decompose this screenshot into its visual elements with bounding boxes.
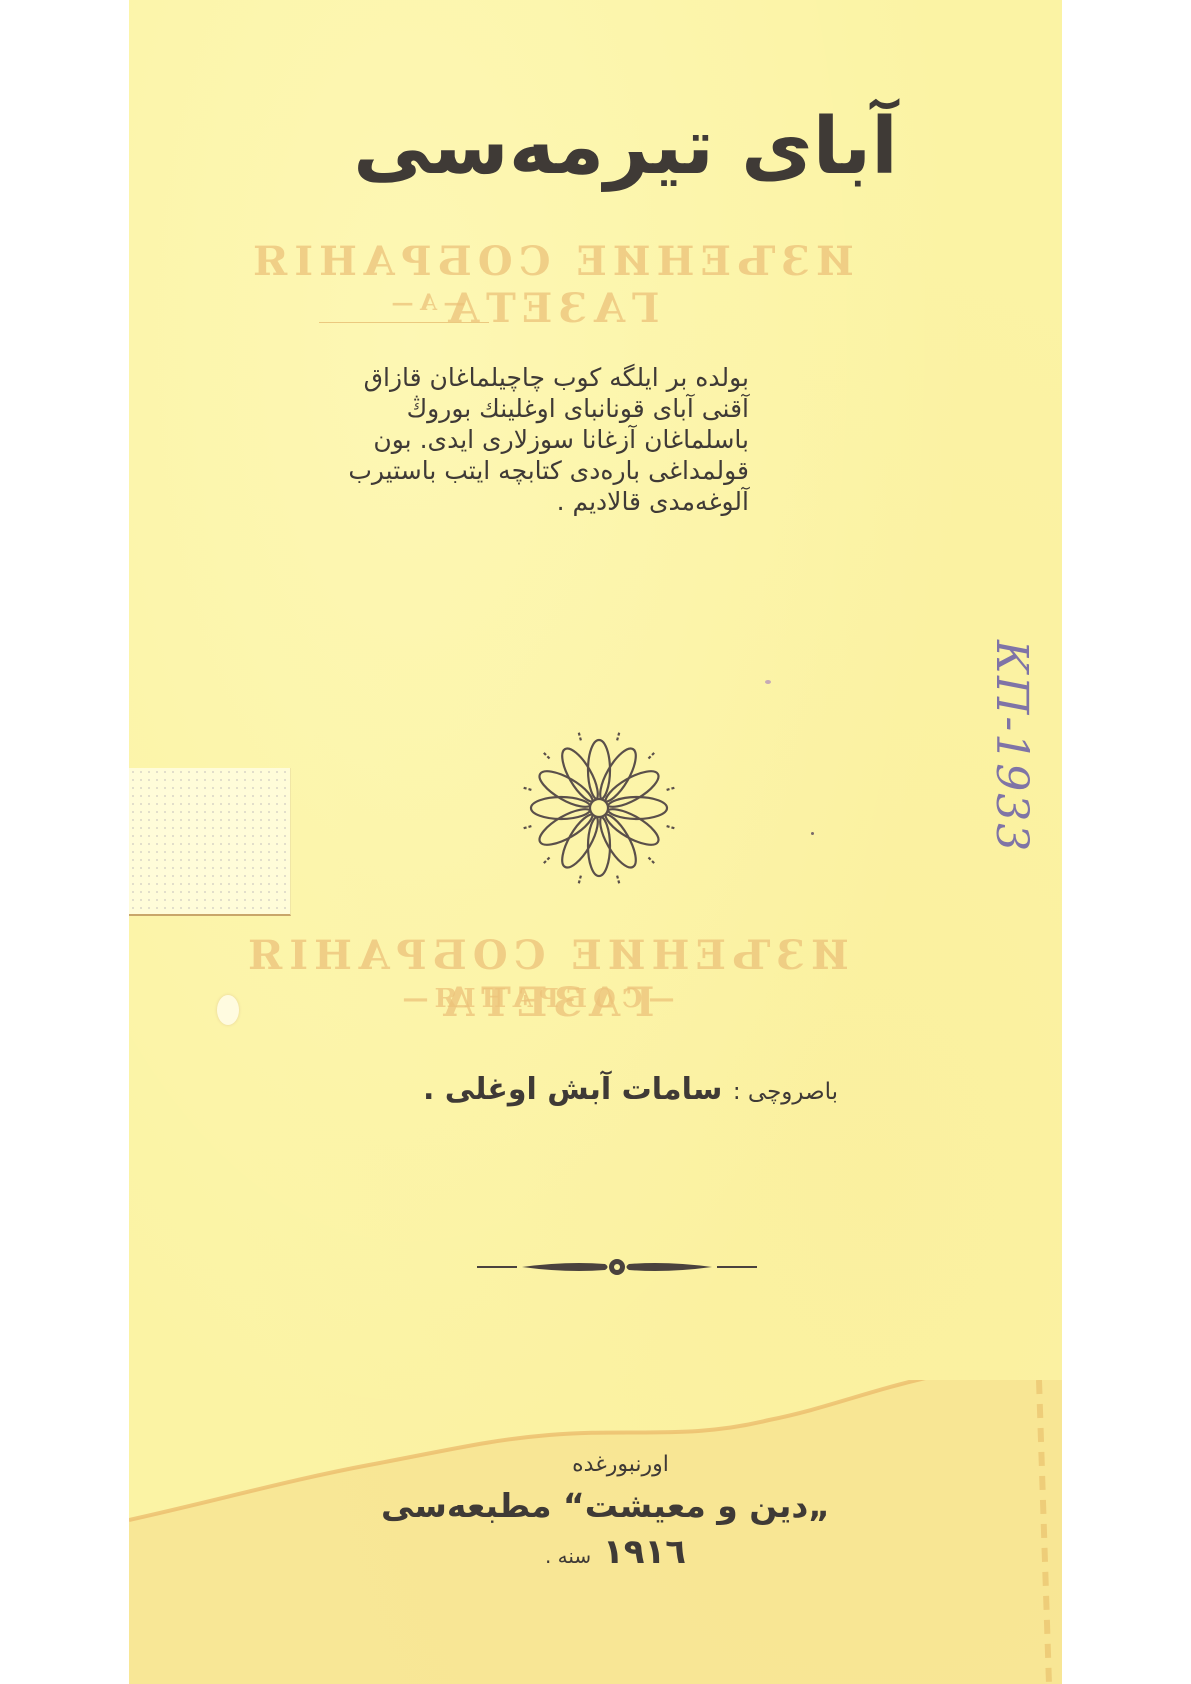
bleedthrough-subtext-bottom: —СОБРАНІЯ—	[129, 984, 1062, 1014]
book-title: آبای تیرمه‌سی	[129, 92, 1062, 202]
faint-rule	[319, 322, 489, 323]
bleedthrough-subtext-top: —А—	[129, 290, 1062, 316]
divider-ornament-icon	[477, 1252, 757, 1282]
author-line: باصروچی : سامات آبش اوغلی .	[129, 1072, 1062, 1107]
library-label-patch	[129, 768, 291, 916]
preface-paragraph: بولدە بر ایلگه کوب چاچیلماغان قازاق آقنی…	[199, 362, 749, 517]
bleedthrough-text-top: ИЗЪЕНИЕ СОБРАНІЯ ГАЗЕТА	[129, 238, 1062, 332]
imprint-publisher: „دین و معیشت“ مطبعه‌سی	[129, 1486, 1062, 1525]
preface-line: باسلماغان آزغانا سوزلاری ایدی. بون	[199, 424, 749, 455]
book-title-page: آبای تیرمه‌سی ИЗЪЕНИЕ СОБРАНІЯ ГАЗЕТА —А…	[129, 0, 1062, 1684]
ink-speck	[811, 832, 814, 835]
imprint-year-line: ١٩١٦ سنه .	[129, 1532, 1062, 1572]
preface-line: قولمداغی بارەدی کتابچه ایتب باستیرب	[199, 455, 749, 486]
flower-ornament-icon	[519, 728, 679, 888]
imprint-year-suffix: سنه .	[545, 1544, 591, 1568]
ink-speck	[765, 680, 771, 684]
preface-line: آقنی آبای قونانبای اوغلینك بوروڭ	[199, 393, 749, 424]
library-stamp: КП-1933	[977, 640, 1037, 840]
author-name: سامات آبش اوغلی .	[423, 1072, 722, 1107]
preface-line: آلوغه‌مدی قالادیم .	[199, 486, 749, 517]
preface-line: بولدە بر ایلگه کوب چاچیلماغان قازاق	[199, 362, 749, 393]
author-label: باصروچی :	[733, 1079, 838, 1105]
imprint-year: ١٩١٦	[603, 1532, 686, 1572]
imprint-city: اورنبورغده	[129, 1452, 1062, 1477]
